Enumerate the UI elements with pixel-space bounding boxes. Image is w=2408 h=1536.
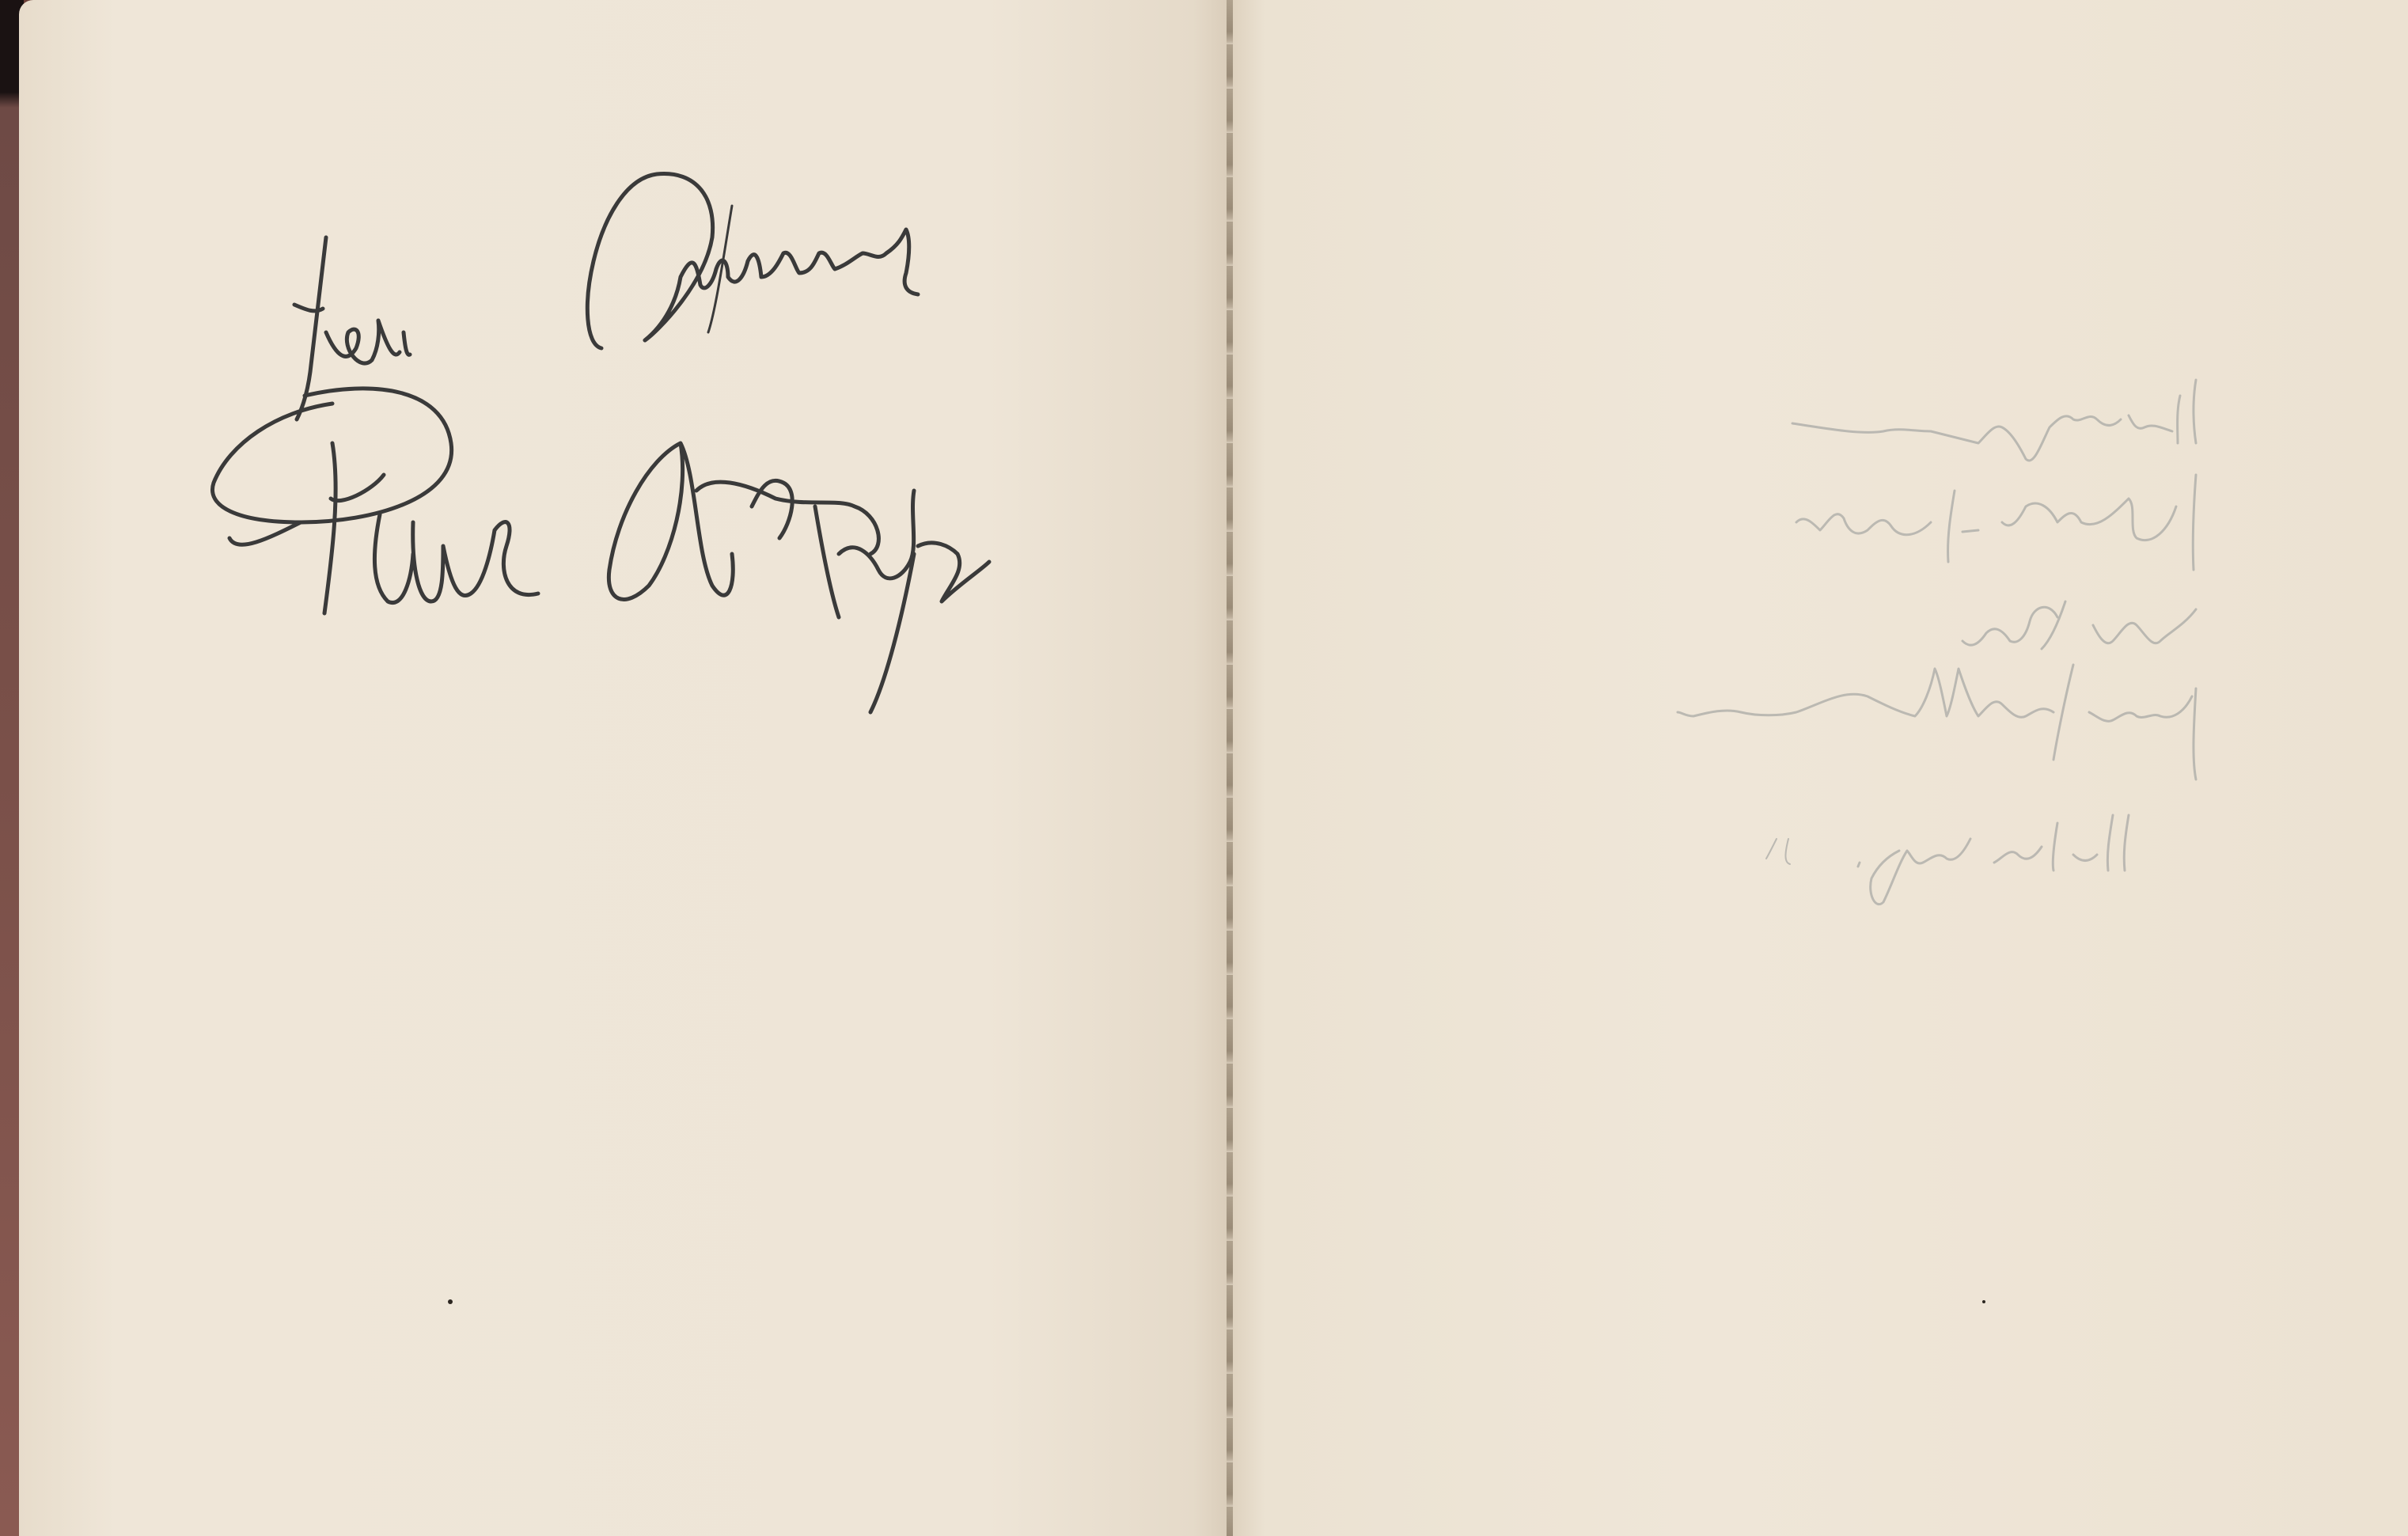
- paper-speck: [1982, 1300, 1985, 1303]
- bleed-through-strokes-right: [0, 0, 2408, 1536]
